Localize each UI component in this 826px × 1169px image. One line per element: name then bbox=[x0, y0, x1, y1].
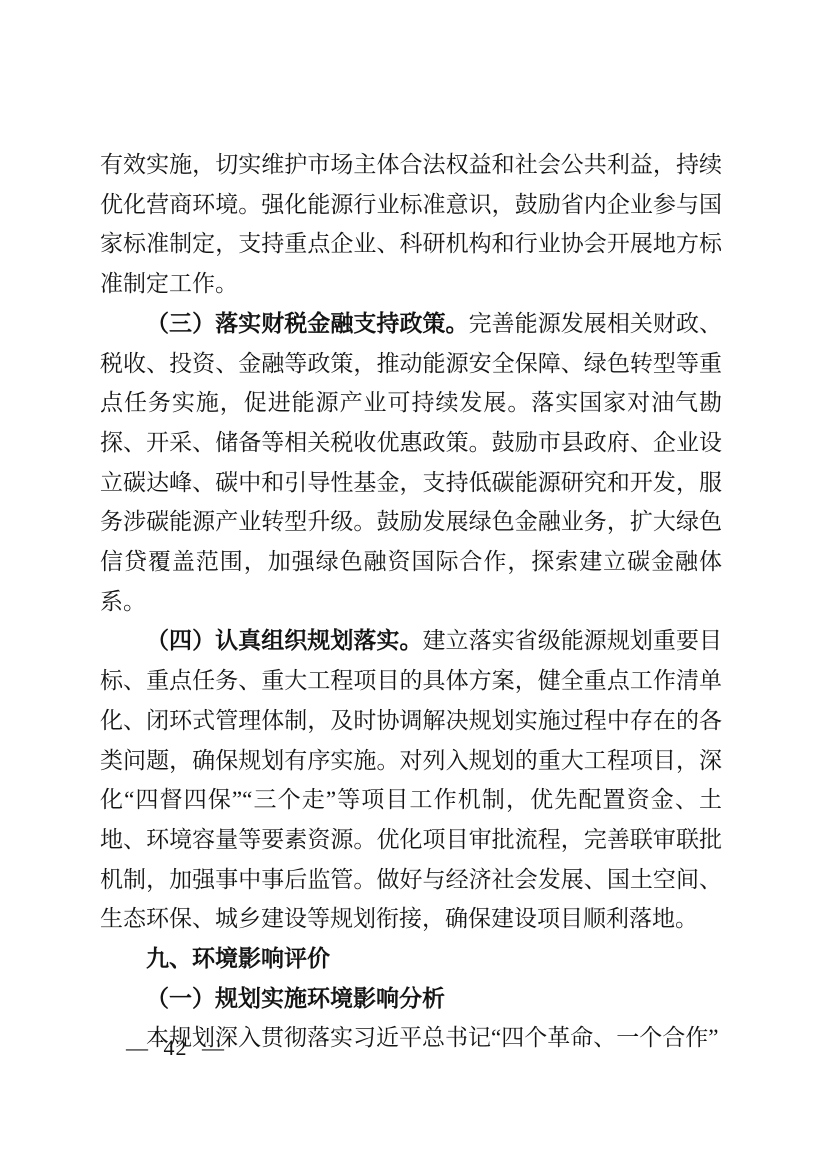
paragraph-fiscal-policy: （三）落实财税金融支持政策。完善能源发展相关财政、税收、投资、金融等政策，推动能… bbox=[100, 304, 722, 622]
page-number: — 42 — bbox=[126, 1034, 225, 1062]
paragraph-plan-implementation: （四）认真组织规划落实。建立落实省级能源规划重要目标、重点任务、重大工程项目的具… bbox=[100, 621, 722, 939]
page-content: 有效实施，切实维护市场主体合法权益和社会公共利益，持续优化营商环境。强化能源行业… bbox=[100, 145, 722, 1058]
paragraph-continuation: 有效实施，切实维护市场主体合法权益和社会公共利益，持续优化营商环境。强化能源行业… bbox=[100, 145, 722, 304]
paragraph-plan-implementation-lead: （四）认真组织规划落实。 bbox=[146, 628, 423, 653]
document-page: 有效实施，切实维护市场主体合法权益和社会公共利益，持续优化营商环境。强化能源行业… bbox=[0, 0, 826, 1169]
subsection-heading-impact-analysis: （一）规划实施环境影响分析 bbox=[100, 979, 722, 1019]
section-heading-environmental-impact: 九、环境影响评价 bbox=[100, 939, 722, 979]
paragraph-plan-implementation-body: 建立落实省级能源规划重要目标、重点任务、重大工程项目的具体方案，健全重点工作清单… bbox=[100, 628, 722, 931]
paragraph-fiscal-policy-lead: （三）落实财税金融支持政策。 bbox=[146, 311, 469, 336]
paragraph-fiscal-policy-body: 完善能源发展相关财政、税收、投资、金融等政策，推动能源安全保障、绿色转型等重点任… bbox=[100, 311, 722, 614]
